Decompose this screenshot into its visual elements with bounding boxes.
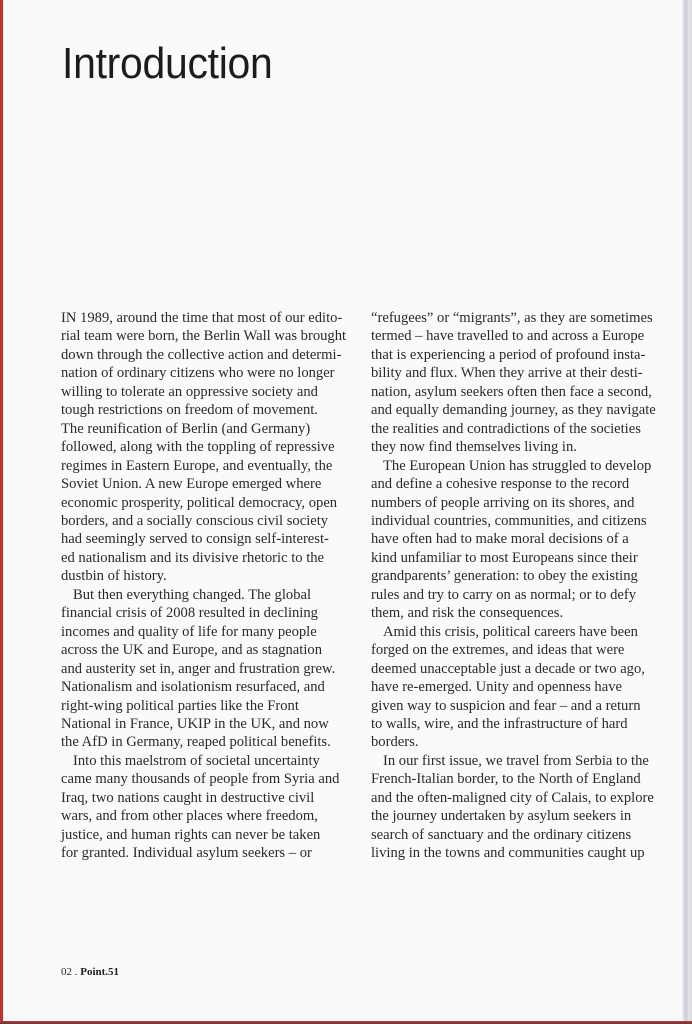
text-line: borders, and a socially conscious civil … <box>61 512 361 530</box>
text-line: living in the towns and communities caug… <box>371 844 671 862</box>
page-edge-right <box>682 0 692 1021</box>
paragraph-start-line: In our first issue, we travel from Serbi… <box>371 752 671 770</box>
text-line: the AfD in Germany, reaped political ben… <box>61 733 361 751</box>
text-line: incomes and quality of life for many peo… <box>61 623 361 641</box>
text-line: and austerity set in, anger and frustrat… <box>61 660 361 678</box>
paragraph-start-line: Into this maelstrom of societal uncertai… <box>61 752 361 770</box>
text-line: individual countries, communities, and c… <box>371 512 671 530</box>
text-line: deemed unacceptable just a decade or two… <box>371 660 671 678</box>
text-line: wars, and from other places where freedo… <box>61 807 361 825</box>
text-line: they now find themselves living in. <box>371 438 671 456</box>
text-line: given way to suspicion and fear – and a … <box>371 697 671 715</box>
text-line: kind unfamiliar to most Europeans since … <box>371 549 671 567</box>
paragraph-start-line: Amid this crisis, political careers have… <box>371 623 671 641</box>
page-title: Introduction <box>62 38 272 91</box>
text-line: have re-emerged. Unity and openness have <box>371 678 671 696</box>
text-line: Soviet Union. A new Europe emerged where <box>61 475 361 493</box>
text-column-right: “refugees” or “migrants”, as they are so… <box>371 309 671 863</box>
text-line: and define a cohesive response to the re… <box>371 475 671 493</box>
text-line: forged on the extremes, and ideas that w… <box>371 641 671 659</box>
text-line: numbers of people arriving on its shores… <box>371 494 671 512</box>
text-line: justice, and human rights can never be t… <box>61 826 361 844</box>
text-line: them, and risk the consequences. <box>371 604 671 622</box>
text-line: across the UK and Europe, and as stagnat… <box>61 641 361 659</box>
paragraph-start-line: The European Union has struggled to deve… <box>371 457 671 475</box>
text-line: followed, along with the toppling of rep… <box>61 438 361 456</box>
text-line: rules and try to carry on as normal; or … <box>371 586 671 604</box>
text-line: ed nationalism and its divisive rhetoric… <box>61 549 361 567</box>
text-line: search of sanctuary and the ordinary cit… <box>371 826 671 844</box>
text-line: termed – have travelled to and across a … <box>371 327 671 345</box>
text-line: nation of ordinary citizens who were no … <box>61 364 361 382</box>
text-line: down through the collective action and d… <box>61 346 361 364</box>
text-line: the journey undertaken by asylum seekers… <box>371 807 671 825</box>
paragraph-start-line: But then everything changed. The global <box>61 586 361 604</box>
text-line: nation, asylum seekers often then face a… <box>371 383 671 401</box>
text-line: rial team were born, the Berlin Wall was… <box>61 327 361 345</box>
text-line: The reunification of Berlin (and Germany… <box>61 420 361 438</box>
text-line: had seemingly served to consign self-int… <box>61 530 361 548</box>
text-line: “refugees” or “migrants”, as they are so… <box>371 309 671 327</box>
text-line: economic prosperity, political democracy… <box>61 494 361 512</box>
text-line: right-wing political parties like the Fr… <box>61 697 361 715</box>
text-line: willing to tolerate an oppressive societ… <box>61 383 361 401</box>
text-line: regimes in Eastern Europe, and eventuall… <box>61 457 361 475</box>
text-line: for granted. Individual asylum seekers –… <box>61 844 361 862</box>
text-line: financial crisis of 2008 resulted in dec… <box>61 604 361 622</box>
page-number: 02 . <box>61 966 78 978</box>
text-line: and the often-maligned city of Calais, t… <box>371 789 671 807</box>
page-edge-left <box>0 0 3 1024</box>
page-sheet: Introduction IN 1989, around the time th… <box>3 0 682 1021</box>
page-folio: 02 . Point.51 <box>61 966 119 978</box>
text-line: bility and flux. When they arrive at the… <box>371 364 671 382</box>
text-line: and equally demanding journey, as they n… <box>371 401 671 419</box>
text-line: borders. <box>371 733 671 751</box>
text-line: that is experiencing a period of profoun… <box>371 346 671 364</box>
text-line: came many thousands of people from Syria… <box>61 770 361 788</box>
text-line: French-Italian border, to the North of E… <box>371 770 671 788</box>
publication-name: Point.51 <box>80 966 119 978</box>
text-line: National in France, UKIP in the UK, and … <box>61 715 361 733</box>
text-line: the realities and contradictions of the … <box>371 420 671 438</box>
text-line: Iraq, two nations caught in destructive … <box>61 789 361 807</box>
text-line: tough restrictions on freedom of movemen… <box>61 401 361 419</box>
text-line: Nationalism and isolationism resurfaced,… <box>61 678 361 696</box>
text-line: have often had to make moral decisions o… <box>371 530 671 548</box>
text-line: to walls, wire, and the infrastructure o… <box>371 715 671 733</box>
text-column-left: IN 1989, around the time that most of ou… <box>61 309 361 863</box>
text-line: IN 1989, around the time that most of ou… <box>61 309 361 327</box>
text-line: dustbin of history. <box>61 567 361 585</box>
text-line: grandparents’ generation: to obey the ex… <box>371 567 671 585</box>
